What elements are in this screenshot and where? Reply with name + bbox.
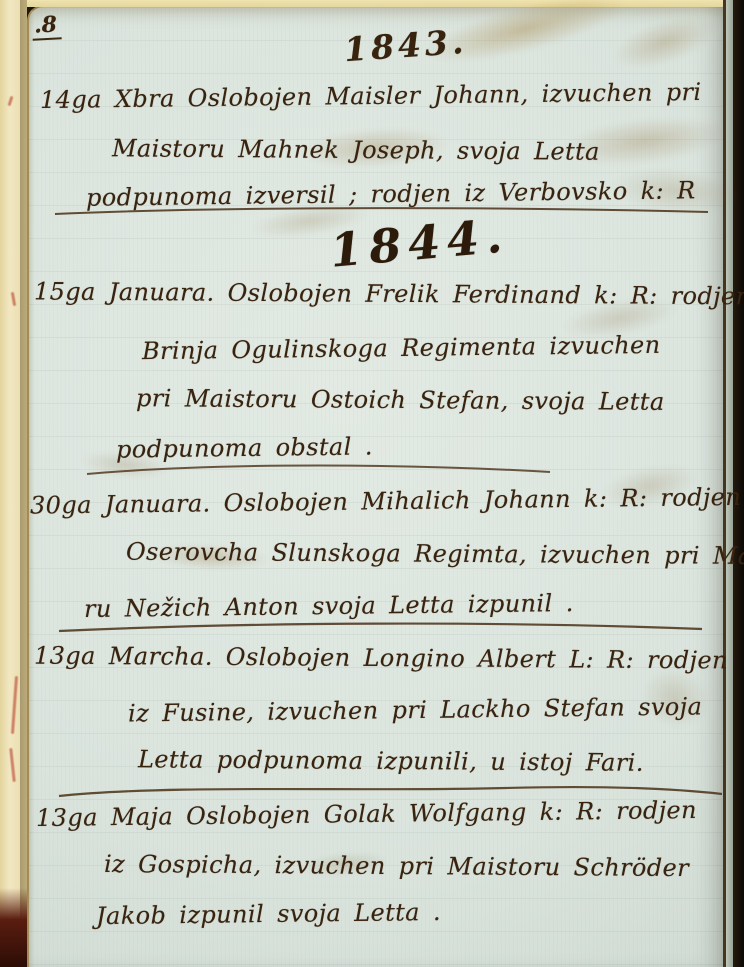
entry-line: 13ga Marcha. Oslobojen Longino Albert L:… (34, 642, 728, 675)
entry-line: Oserovcha Slunskoga Regimta, izvuchen pr… (126, 538, 744, 571)
book-edge-left-dark (0, 888, 27, 967)
book-edge-top (27, 0, 727, 7)
book-edge-left-shadow (20, 0, 34, 967)
entry-line: ru Nežich Anton svoja Letta izpunil . (84, 589, 574, 623)
entry-line: Jakob izpunil svoja Letta . (96, 898, 441, 930)
entry-line: Letta podpunoma izpunili, u istoj Fari. (138, 745, 644, 777)
entry-line: podpunoma obstal . (116, 432, 373, 463)
entry-line: Maistoru Mahnek Joseph, svoja Letta (112, 134, 600, 165)
entry-line: iz Gospicha, izvuchen pri Maistoru Schrö… (104, 850, 689, 882)
page-number: .8 (31, 11, 61, 40)
entry-line: 15ga Januara. Oslobojen Frelik Ferdinand… (34, 277, 744, 310)
entry-line: pri Maistoru Ostoich Stefan, svoja Letta (136, 384, 665, 416)
manuscript-photo: .8 1843. 14ga Xbra Oslobojen Maisler Joh… (0, 0, 744, 967)
